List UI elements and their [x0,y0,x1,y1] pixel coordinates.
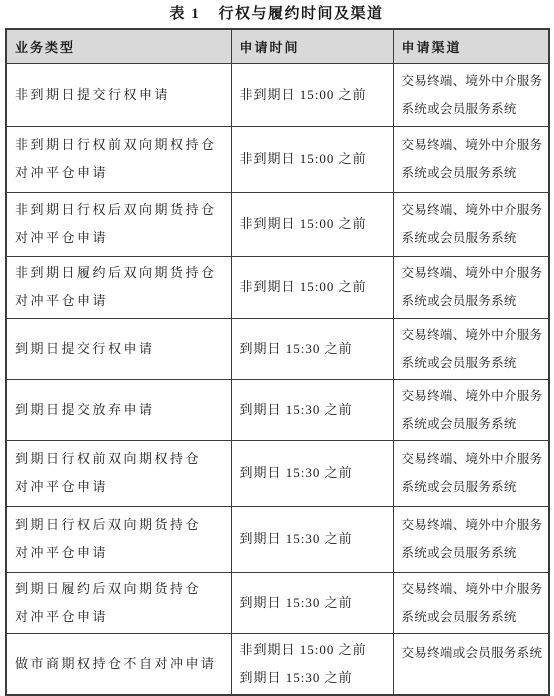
business-type-cell: 到期日履约后双向期货持仓对冲平仓申请 [6,572,231,633]
cell-text-line: 对冲平仓申请 [15,603,223,631]
cell-text-line: 交易终端、境外中介服务 [402,575,541,603]
table-title-text: 行权与履约时间及渠道 [219,6,384,22]
apply-time-cell: 到期日 15:30 之前 [231,506,393,572]
cell-text-line: 到期日行权后双向期货持仓 [15,511,223,539]
table-row: 到期日行权后双向期货持仓对冲平仓申请 到期日 15:30 之前 交易终端、境外中… [6,506,549,572]
cell-text-line: 交易终端、境外中介服务 [402,259,541,287]
apply-time-cell: 非到期日 15:00 之前 [231,256,393,318]
cell-text-line: 对冲平仓申请 [15,159,223,187]
apply-time-cell: 非到期日 15:00 之前 [231,126,393,192]
table-row: 非到期日行权前双向期权持仓对冲平仓申请 非到期日 15:00 之前 交易终端、境… [6,126,549,192]
apply-channel-cell: 交易终端、境外中介服务系统或会员服务系统 [393,506,549,572]
apply-time-cell: 到期日 15:30 之前 [231,440,393,506]
business-type-cell: 到期日提交放弃申请 [6,379,231,440]
cell-text-line: 交易终端、境外中介服务 [402,382,541,410]
header-row: 业务类型 申请时间 申请渠道 [6,29,549,63]
business-type-cell: 非到期日行权前双向期权持仓对冲平仓申请 [6,126,231,192]
cell-text-line: 到期日 15:30 之前 [240,525,385,553]
business-type-cell: 非到期日履约后双向期货持仓对冲平仓申请 [6,256,231,318]
apply-time-cell: 到期日 15:30 之前 [231,318,393,379]
document-page: 表 1 行权与履约时间及渠道 业务类型 申请时间 申请渠道 非到期日提交行权申请… [0,0,554,696]
apply-time-cell: 非到期日 15:00 之前到期日 15:30 之前 [231,633,393,695]
cell-text-line: 对冲平仓申请 [15,287,223,315]
cell-text-line: 到期日 15:30 之前 [240,589,385,617]
cell-text-line: 系统或会员服务系统 [402,539,541,567]
table-row: 到期日提交放弃申请 到期日 15:30 之前 交易终端、境外中介服务系统或会员服… [6,379,549,440]
apply-channel-cell: 交易终端、境外中介服务系统或会员服务系统 [393,379,549,440]
cell-text-line: 到期日履约后双向期货持仓 [15,575,223,603]
cell-text-line: 系统或会员服务系统 [402,287,541,315]
cell-text-line: 到期日 15:30 之前 [240,335,385,363]
cell-text-line: 交易终端、境外中介服务 [402,67,541,95]
apply-channel-cell: 交易终端、境外中介服务系统或会员服务系统 [393,256,549,318]
apply-channel-cell: 交易终端、境外中介服务系统或会员服务系统 [393,318,549,379]
cell-text-line: 交易终端、境外中介服务 [402,131,541,159]
apply-channel-cell: 交易终端、境外中介服务系统或会员服务系统 [393,192,549,256]
cell-text-line: 系统或会员服务系统 [402,159,541,187]
business-type-cell: 到期日提交行权申请 [6,318,231,379]
cell-text-line: 非到期日 15:00 之前 [240,210,385,238]
cell-text-line: 交易终端、境外中介服务 [402,511,541,539]
cell-text-line: 交易终端、境外中介服务 [402,196,541,224]
cell-text-line: 非到期日 15:00 之前 [240,145,385,173]
cell-text-line: 系统或会员服务系统 [402,95,541,123]
cell-text-line: 非到期日 15:00 之前 [240,636,385,664]
apply-time-cell: 非到期日 15:00 之前 [231,63,393,126]
table-body: 非到期日提交行权申请 非到期日 15:00 之前 交易终端、境外中介服务系统或会… [6,63,549,695]
business-type-cell: 到期日行权后双向期货持仓对冲平仓申请 [6,506,231,572]
apply-channel-cell: 交易终端或会员服务系统 [393,633,549,695]
table-header: 业务类型 申请时间 申请渠道 [6,29,549,63]
cell-text-line: 系统或会员服务系统 [402,410,541,438]
apply-channel-cell: 交易终端、境外中介服务系统或会员服务系统 [393,126,549,192]
table-row: 到期日提交行权申请 到期日 15:30 之前 交易终端、境外中介服务系统或会员服… [6,318,549,379]
cell-text-line: 做市商期权持仓不自对冲申请 [15,650,223,678]
table-row: 到期日履约后双向期货持仓对冲平仓申请 到期日 15:30 之前 交易终端、境外中… [6,572,549,633]
exercise-settlement-table: 业务类型 申请时间 申请渠道 非到期日提交行权申请 非到期日 15:00 之前 … [5,28,550,696]
table-row: 非到期日提交行权申请 非到期日 15:00 之前 交易终端、境外中介服务系统或会… [6,63,549,126]
cell-text-line: 到期日行权前双向期权持仓 [15,445,223,473]
cell-text-line: 到期日提交行权申请 [15,335,223,363]
cell-text-line: 非到期日 15:00 之前 [240,81,385,109]
apply-time-cell: 到期日 15:30 之前 [231,379,393,440]
cell-text-line: 非到期日行权前双向期权持仓 [15,131,223,159]
cell-text-line: 对冲平仓申请 [15,224,223,252]
cell-text-line: 到期日 15:30 之前 [240,396,385,424]
cell-text-line: 到期日提交放弃申请 [15,396,223,424]
apply-time-cell: 非到期日 15:00 之前 [231,192,393,256]
cell-text-line: 交易终端、境外中介服务 [402,445,541,473]
col-header-apply-time: 申请时间 [231,29,393,63]
cell-text-line: 系统或会员服务系统 [402,224,541,252]
business-type-cell: 到期日行权前双向期权持仓对冲平仓申请 [6,440,231,506]
table-row: 非到期日履约后双向期货持仓对冲平仓申请 非到期日 15:00 之前 交易终端、境… [6,256,549,318]
business-type-cell: 非到期日行权后双向期货持仓对冲平仓申请 [6,192,231,256]
cell-text-line: 交易终端或会员服务系统 [402,639,541,667]
cell-text-line: 系统或会员服务系统 [402,349,541,377]
cell-text-line: 非到期日 15:00 之前 [240,273,385,301]
table-title-label: 表 1 [169,6,200,22]
cell-text-line: 对冲平仓申请 [15,539,223,567]
col-header-business-type: 业务类型 [6,29,231,63]
apply-channel-cell: 交易终端、境外中介服务系统或会员服务系统 [393,572,549,633]
cell-text-line: 非到期日履约后双向期货持仓 [15,259,223,287]
cell-text-line: 对冲平仓申请 [15,473,223,501]
cell-text-line: 到期日 15:30 之前 [240,459,385,487]
apply-time-cell: 到期日 15:30 之前 [231,572,393,633]
cell-text-line: 非到期日行权后双向期货持仓 [15,196,223,224]
business-type-cell: 非到期日提交行权申请 [6,63,231,126]
cell-text-line: 系统或会员服务系统 [402,603,541,631]
table-row: 到期日行权前双向期权持仓对冲平仓申请 到期日 15:30 之前 交易终端、境外中… [6,440,549,506]
table-row: 做市商期权持仓不自对冲申请 非到期日 15:00 之前到期日 15:30 之前 … [6,633,549,695]
table-title: 表 1 行权与履约时间及渠道 [5,2,548,23]
cell-text-line: 系统或会员服务系统 [402,473,541,501]
col-header-apply-channel: 申请渠道 [393,29,549,63]
business-type-cell: 做市商期权持仓不自对冲申请 [6,633,231,695]
cell-text-line: 交易终端、境外中介服务 [402,321,541,349]
cell-text-line: 非到期日提交行权申请 [15,81,223,109]
cell-text-line: 到期日 15:30 之前 [240,664,385,692]
table-row: 非到期日行权后双向期货持仓对冲平仓申请 非到期日 15:00 之前 交易终端、境… [6,192,549,256]
apply-channel-cell: 交易终端、境外中介服务系统或会员服务系统 [393,63,549,126]
apply-channel-cell: 交易终端、境外中介服务系统或会员服务系统 [393,440,549,506]
